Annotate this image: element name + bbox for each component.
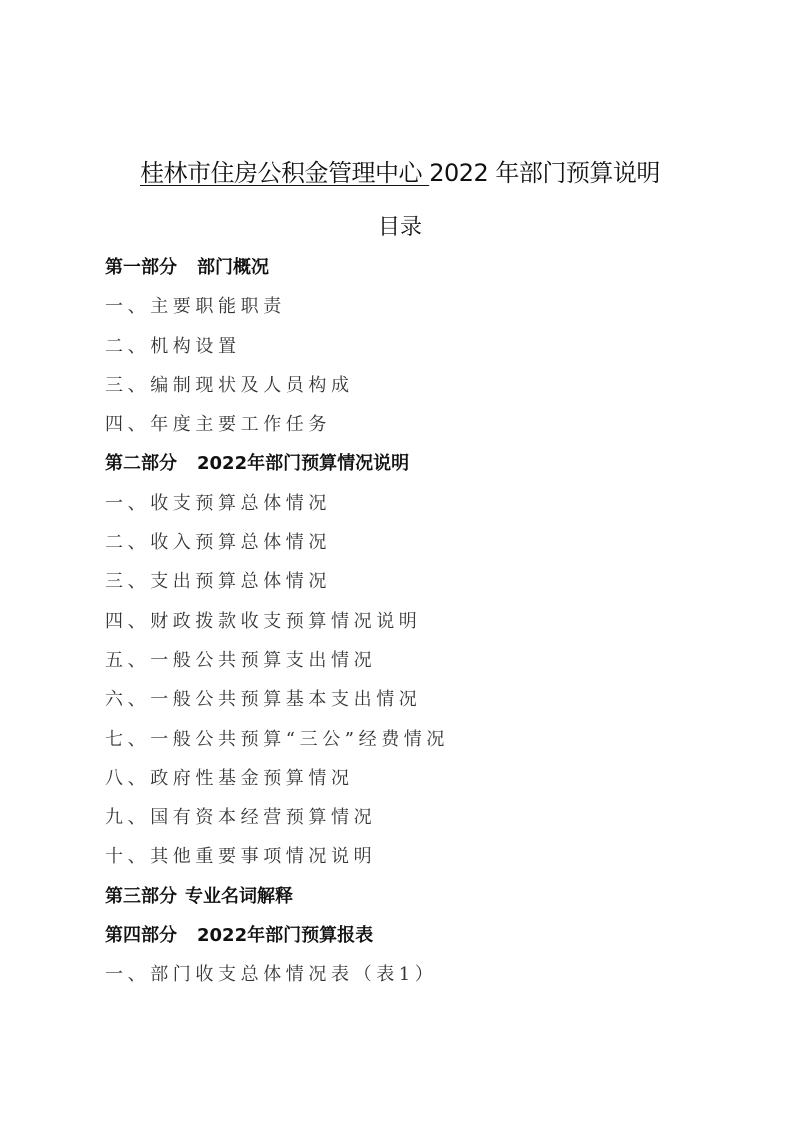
toc-item: 三、编制现状及人员构成 (105, 370, 449, 409)
toc-part-4: 第四部分2022年部门预算报表 (105, 920, 449, 959)
toc-part-1: 第一部分部门概况 (105, 252, 449, 291)
toc-item: 一、部门收支总体情况表（表1） (105, 959, 449, 998)
toc-item: 一、收支预算总体情况 (105, 488, 449, 527)
document-title-underlined: 桂林市住房公积金管理中心 (140, 159, 429, 187)
toc-item: 六、一般公共预算基本支出情况 (105, 684, 449, 723)
toc-item: 一、主要职能职责 (105, 291, 449, 330)
document-title: 桂林市住房公积金管理中心 2022 年部门预算说明 (0, 156, 800, 190)
toc-item: 四、财政拨款收支预算情况说明 (105, 606, 449, 645)
toc-part-title: 2022年部门预算报表 (197, 925, 373, 946)
toc-part-2: 第二部分2022年部门预算情况说明 (105, 448, 449, 487)
toc-part-label: 第二部分 (105, 453, 177, 474)
toc-part-title: 专业名词解释 (185, 886, 293, 907)
table-of-contents: 第一部分部门概况 一、主要职能职责 二、机构设置 三、编制现状及人员构成 四、年… (105, 252, 449, 999)
toc-item: 九、国有资本经营预算情况 (105, 802, 449, 841)
toc-part-label: 第四部分 (105, 925, 177, 946)
document-page: 桂林市住房公积金管理中心 2022 年部门预算说明 目录 第一部分部门概况 一、… (0, 0, 800, 1131)
toc-part-label: 第三部分 (105, 886, 177, 907)
document-title-rest: 2022 年部门预算说明 (429, 159, 660, 187)
toc-item: 十、其他重要事项情况说明 (105, 841, 449, 880)
toc-part-title: 2022年部门预算情况说明 (197, 453, 409, 474)
toc-item: 四、年度主要工作任务 (105, 409, 449, 448)
toc-part-label: 第一部分 (105, 257, 177, 278)
toc-part-3: 第三部分专业名词解释 (105, 881, 449, 920)
toc-item: 二、收入预算总体情况 (105, 527, 449, 566)
toc-part-title: 部门概况 (197, 257, 269, 278)
toc-item: 七、一般公共预算“三公”经费情况 (105, 724, 449, 763)
toc-item: 五、一般公共预算支出情况 (105, 645, 449, 684)
toc-heading: 目录 (0, 212, 800, 244)
toc-item: 二、机构设置 (105, 331, 449, 370)
toc-item: 八、政府性基金预算情况 (105, 763, 449, 802)
toc-item: 三、支出预算总体情况 (105, 566, 449, 605)
